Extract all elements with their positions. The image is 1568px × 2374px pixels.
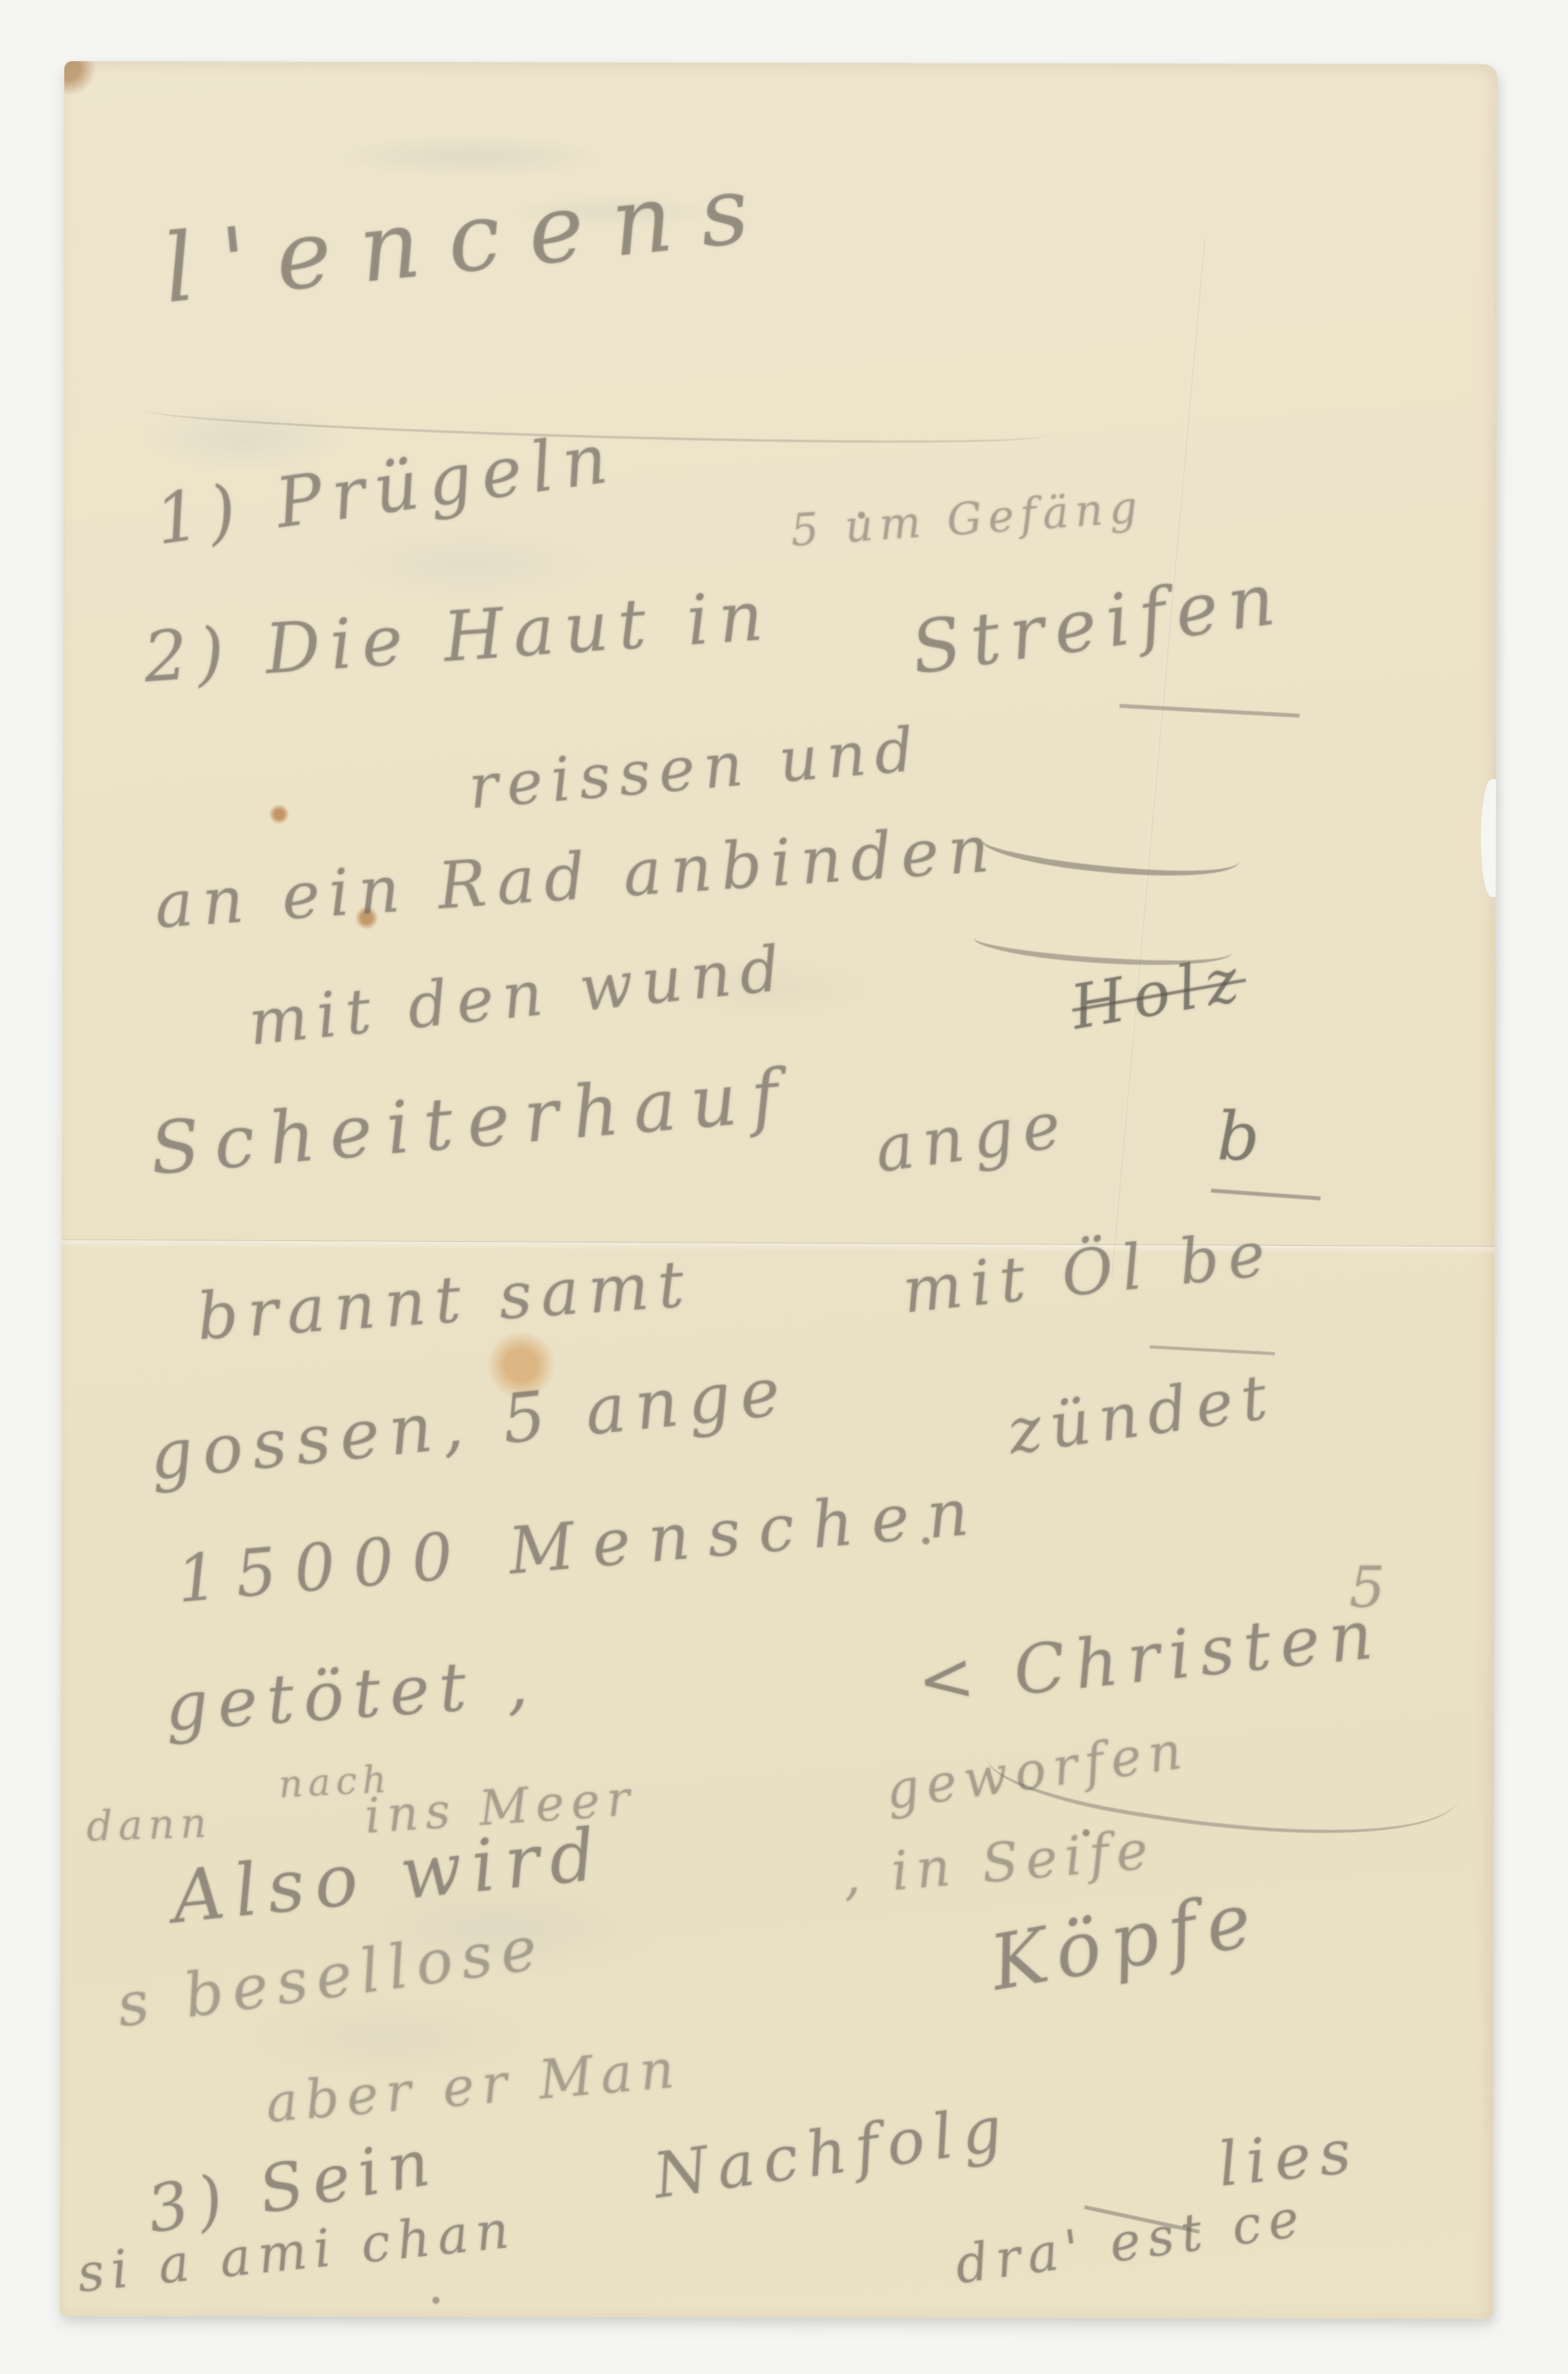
manuscript-paper-sheet: l'encens 1) Prügeln 5 um Gefäng 2) Die H… xyxy=(60,61,1497,2319)
hw-word-lies: lies xyxy=(1215,2121,1362,2196)
hw-word-dann: dann xyxy=(85,1803,212,1848)
paper-edge-notch xyxy=(1481,779,1497,897)
hw-word-b: b xyxy=(1217,1104,1269,1171)
scanned-page-background: l'encens 1) Prügeln 5 um Gefäng 2) Die H… xyxy=(0,0,1568,2374)
